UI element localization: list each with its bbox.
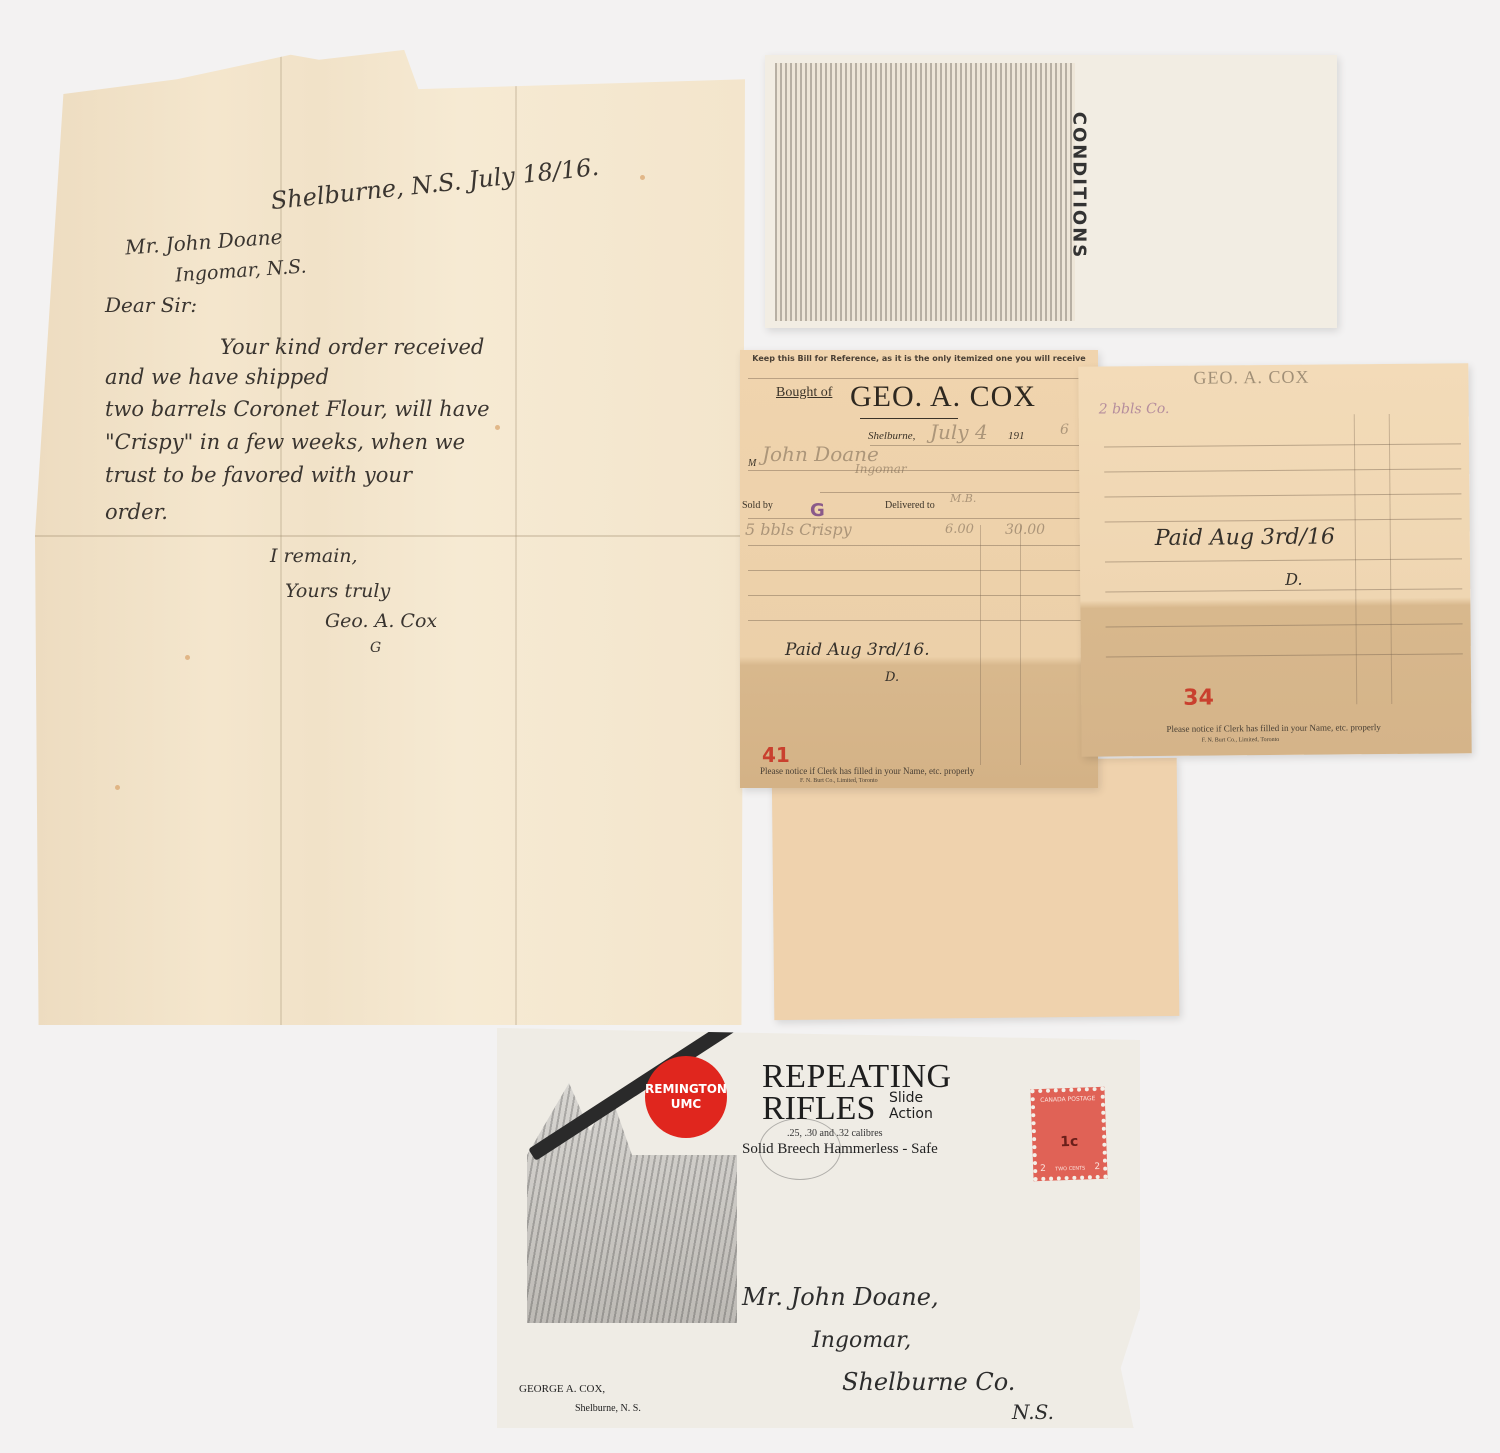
printer-line: F. N. Burt Co., Limited, Toronto <box>800 778 1098 784</box>
rule-line <box>1104 493 1461 497</box>
vendor-name: GEO. A. COX <box>850 380 1036 414</box>
letter-body-line: and we have shipped <box>105 365 329 389</box>
footer-notice: Please notice if Clerk has filled in you… <box>1166 721 1471 734</box>
sold-by-label: Sold by <box>742 500 773 511</box>
column-line <box>1020 525 1021 765</box>
delivered-to-label: Delivered to <box>885 500 935 511</box>
stamp-overprint: 1c <box>1036 1133 1103 1151</box>
letter-date-line: Shelburne, N.S. July 18/16. <box>269 153 600 215</box>
handwritten-letter: Shelburne, N.S. July 18/16. Mr. John Doa… <box>35 45 745 1025</box>
handwritten-line-price: 6.00 <box>945 522 974 537</box>
remington-umc-logo: REMINGTON UMC <box>645 1056 727 1138</box>
action-line-1: Slide <box>889 1090 933 1106</box>
year-suffix: 6 <box>1060 422 1069 438</box>
foxing-spot <box>640 175 645 180</box>
rule-line <box>1104 468 1461 472</box>
footer-notice: Please notice if Clerk has filled in you… <box>760 766 1098 776</box>
letter-recipient-place: Ingomar, N.S. <box>174 255 307 286</box>
rule-line <box>748 545 1090 546</box>
address-line: Mr. John Doane, <box>742 1283 939 1311</box>
rule-line <box>1105 588 1462 592</box>
serial-number: 41 <box>762 743 790 767</box>
handwritten-line-total: 30.00 <box>1005 522 1045 538</box>
stamp-top-text: CANADA POSTAGE <box>1035 1095 1101 1104</box>
letter-body-line: two barrels Coronet Flour, will have <box>105 397 490 421</box>
receipt-34: GEO. A. COX 2 bbls Co. Paid Aug 3rd/16 D… <box>1078 363 1471 756</box>
letter-recipient-name: Mr. John Doane <box>124 225 283 260</box>
address-line: N.S. <box>1012 1400 1054 1424</box>
vendor-underline <box>860 418 958 419</box>
action-line-2: Action <box>889 1106 933 1122</box>
stamp-value-right: 2 <box>1094 1162 1100 1172</box>
postage-stamp: CANADA POSTAGE 1c 2 TWO CENTS 2 <box>1030 1087 1107 1182</box>
paid-initial: D. <box>1285 570 1303 589</box>
letter-closing: Yours truly <box>285 580 390 602</box>
serial-number: 34 <box>1183 686 1214 711</box>
logo-line-1: REMINGTON <box>645 1082 727 1097</box>
foxing-spot <box>185 655 190 660</box>
blank-receipt-back <box>772 758 1180 1020</box>
address-line: Ingomar, <box>812 1328 911 1353</box>
rule-line <box>1105 558 1462 562</box>
rule-line <box>1104 443 1461 447</box>
rule-line <box>748 570 1090 571</box>
rule-line <box>1106 623 1463 627</box>
handwritten-date: July 4 <box>930 420 988 444</box>
handwritten-line-item: 2 bbls Co. <box>1099 401 1170 418</box>
headline-rifles: RIFLES <box>762 1090 875 1128</box>
calibres-line: .25, .30 and .32 calibres <box>787 1128 883 1139</box>
rule-line <box>748 470 1090 471</box>
letter-body-line: order. <box>105 500 168 524</box>
year-prefix: 191 <box>1008 430 1025 442</box>
rule-line <box>748 620 1090 621</box>
rule-line <box>1105 518 1462 522</box>
letter-signature: Geo. A. Cox <box>325 610 437 632</box>
letter-body-line: trust to be favored with your <box>105 463 412 487</box>
m-label: M <box>748 458 756 469</box>
conditions-fine-print <box>775 63 1075 321</box>
foxing-spot <box>115 785 120 790</box>
bought-of-label: Bought of <box>776 385 832 401</box>
handwritten-customer-place: Ingomar <box>855 462 907 476</box>
receipt-41: Keep this Bill for Reference, as it is t… <box>740 350 1098 788</box>
stamp-bottom-text: TWO CENTS <box>1037 1165 1103 1173</box>
rule-line <box>748 595 1090 596</box>
logo-line-2: UMC <box>645 1097 727 1112</box>
column-line <box>980 525 981 765</box>
tagline: Solid Breech Hammerless - Safe <box>742 1141 938 1158</box>
letter-body-line: "Crispy" in a few weeks, when we <box>105 430 465 454</box>
receipt-keep-note: Keep this Bill for Reference, as it is t… <box>740 354 1098 364</box>
conditions-slip: CONDITIONS <box>765 55 1337 328</box>
letter-greeting: Dear Sir: <box>105 293 197 317</box>
paid-initial: D. <box>885 670 899 685</box>
rule-line <box>870 445 1090 446</box>
letter-signature-initial: G <box>370 640 381 656</box>
foxing-spot <box>495 425 500 430</box>
handwritten-delivered-to: M.B. <box>950 492 976 505</box>
rule-line <box>1106 653 1463 657</box>
slide-action-label: Slide Action <box>889 1090 933 1122</box>
conditions-title: CONDITIONS <box>1068 112 1089 260</box>
envelope: REMINGTON UMC REPEATING RIFLES Slide Act… <box>497 1028 1140 1428</box>
rule-line <box>748 518 1090 519</box>
sender-city: Shelburne, N. S. <box>575 1403 641 1414</box>
city-label: Shelburne, <box>868 430 915 442</box>
sender-name: GEORGE A. COX, <box>519 1383 605 1395</box>
handwritten-line-item: 5 bbls Crispy <box>745 520 852 539</box>
address-line: Shelburne Co. <box>842 1368 1015 1396</box>
printer-line: F. N. Burt Co., Limited, Toronto <box>1202 735 1472 743</box>
letter-closing: I remain, <box>270 545 358 567</box>
vendor-name-faint: GEO. A. COX <box>1193 367 1309 389</box>
letter-body-line: Your kind order received <box>220 335 484 359</box>
fold-line <box>35 535 745 537</box>
paid-note: Paid Aug 3rd/16 <box>1155 524 1335 551</box>
paid-note: Paid Aug 3rd/16. <box>785 640 930 660</box>
rule-line <box>748 378 1090 379</box>
